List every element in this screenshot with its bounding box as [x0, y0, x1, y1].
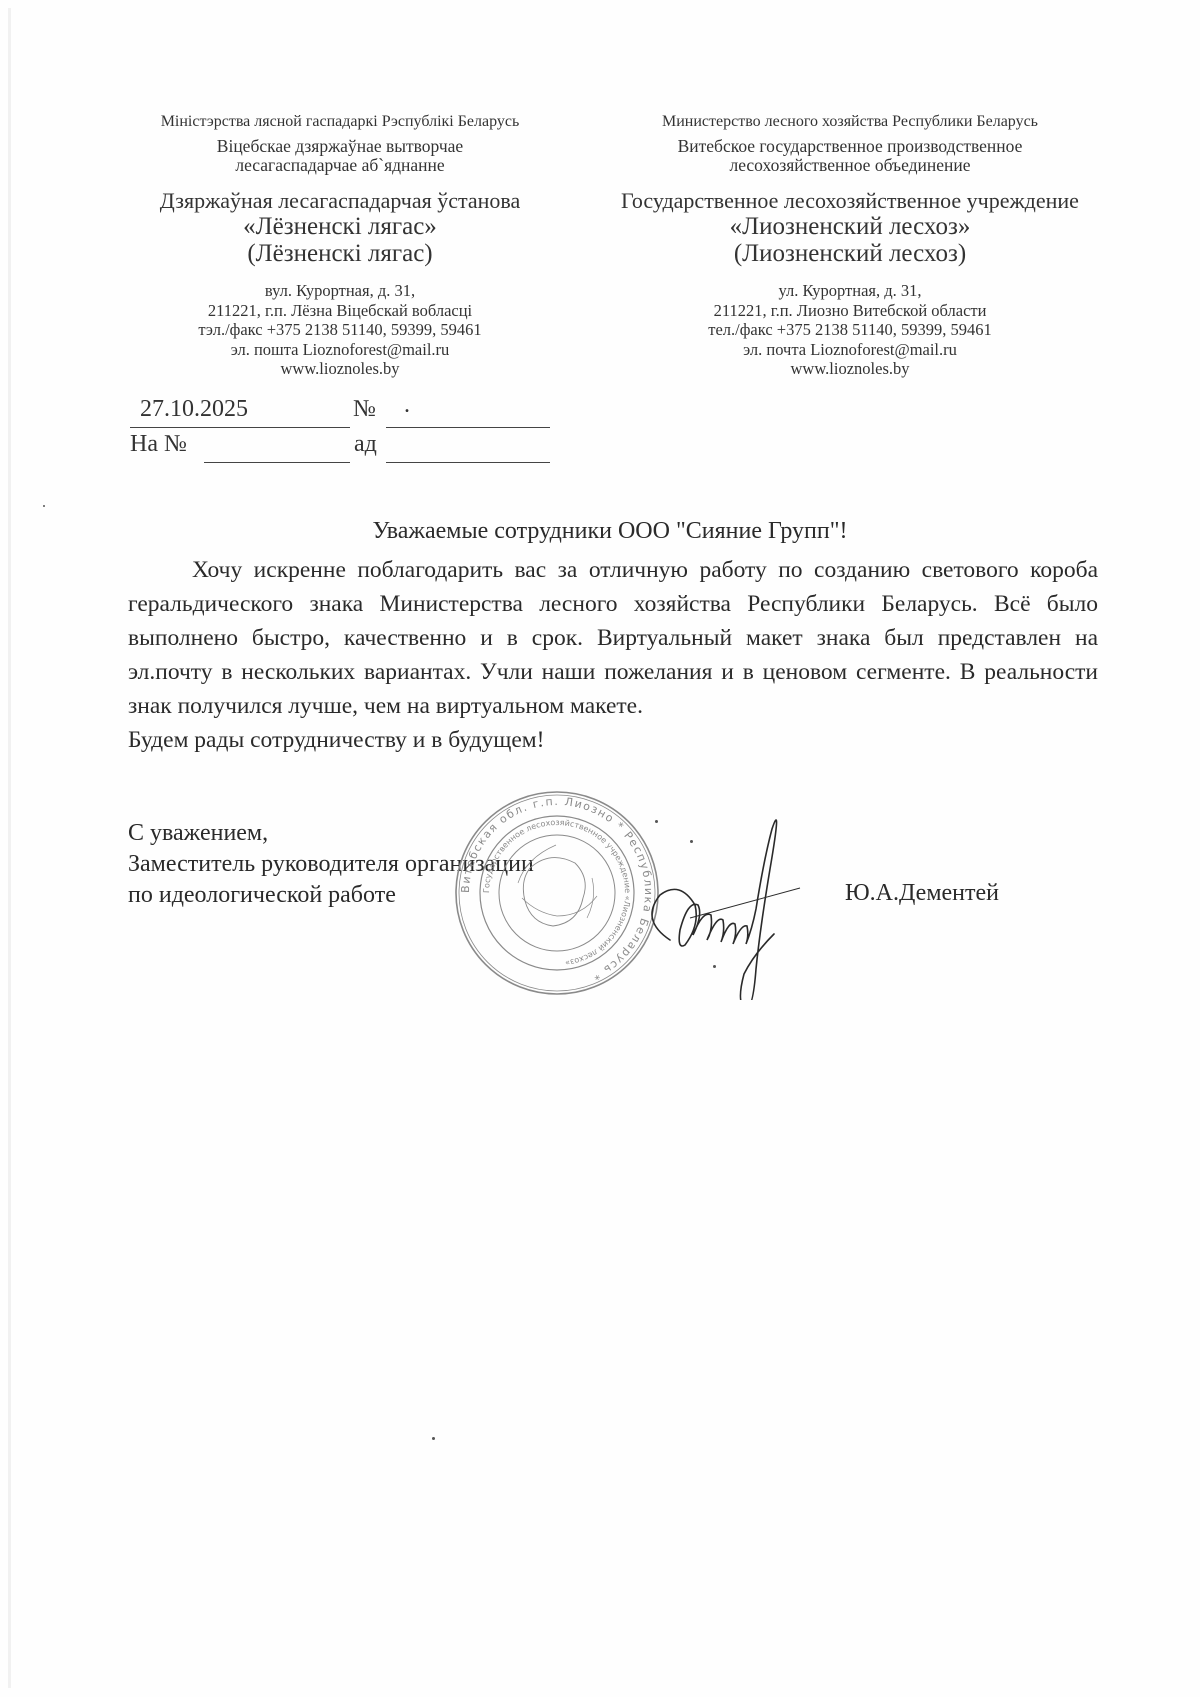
street-ru: ул. Курортная, д. 31, — [778, 281, 921, 300]
body-paragraph-closing: Будем рады сотрудничеству и в будущем! — [128, 723, 1098, 757]
ministry-name-ru: Министерство лесного хозяйства Республик… — [610, 112, 1090, 132]
association-line-1: Віцебскае дзяржаўнае вытворчае — [217, 136, 463, 156]
institution-type-be: Дзяржаўная лесагаспадарчая ўстанова — [120, 189, 560, 213]
city-be: 211221, г.п. Лёзна Віцебскай вобласці — [208, 301, 472, 320]
body-paragraph: Хочу искренне поблагодарить вас за отлич… — [128, 553, 1098, 723]
email-ru: эл. почта Lioznoforest@mail.ru — [743, 340, 957, 359]
number-underline — [386, 427, 550, 428]
address-block-ru: ул. Курортная, д. 31, 211221, г.п. Лиозн… — [610, 281, 1090, 379]
association-ru: Витебское государственное производственн… — [610, 137, 1090, 175]
phone-be: тэл./факс +375 2138 51140, 59399, 59461 — [198, 320, 481, 339]
date-underline — [130, 427, 350, 428]
number-label: № — [353, 396, 376, 423]
scan-speck — [655, 820, 658, 823]
letterhead-left: Міністэрства лясной гаспадаркі Рэспублік… — [120, 112, 560, 379]
letter-body: Хочу искренне поблагодарить вас за отлич… — [128, 553, 1098, 757]
ministry-name-be: Міністэрства лясной гаспадаркі Рэспублік… — [120, 112, 560, 132]
svg-text:Государственное лесохозяйствен: Государственное лесохозяйственное учрежд… — [482, 818, 632, 968]
letter-date: 27.10.2025 — [140, 396, 248, 423]
reply-from-label: ад — [354, 431, 377, 458]
reply-number-underline — [204, 462, 350, 463]
scan-edge — [8, 8, 11, 1688]
reply-from-underline — [386, 462, 550, 463]
number-value: . — [404, 392, 410, 419]
website-be: www.lioznoles.by — [281, 359, 400, 378]
address-block-be: вул. Курортная, д. 31, 211221, г.п. Лёзн… — [120, 281, 560, 379]
association-line-2: лесагаспадарчае аб`яднанне — [235, 155, 444, 175]
website-ru: www.lioznoles.by — [791, 359, 910, 378]
phone-ru: тел./факс +375 2138 51140, 59399, 59461 — [708, 320, 992, 339]
greeting: Уважаемые сотрудники ООО "Сияние Групп"! — [120, 518, 1100, 545]
scan-speck — [432, 1437, 435, 1440]
institution-name-be: «Лёзненскі лягас» — [120, 213, 560, 240]
institution-type-ru: Государственное лесохозяйственное учрежд… — [610, 189, 1090, 213]
institution-short-name-be: (Лёзненскі лягас) — [120, 240, 560, 267]
scan-speck — [713, 965, 716, 968]
association-line-1: Витебское государственное производственн… — [678, 136, 1023, 156]
street-be: вул. Курортная, д. 31, — [265, 281, 415, 300]
signature-icon — [630, 800, 810, 1000]
reply-number-label: На № — [130, 431, 187, 458]
email-be: эл. пошта Lioznoforest@mail.ru — [231, 340, 450, 359]
letter-page: Міністэрства лясной гаспадаркі Рэспублік… — [0, 0, 1200, 1697]
association-line-2: лесохозяйственное объединение — [729, 155, 970, 175]
institution-name-ru: «Лиозненский лесхоз» — [610, 213, 1090, 240]
institution-short-name-ru: (Лиозненский лесхоз) — [610, 240, 1090, 267]
letterhead-right: Министерство лесного хозяйства Республик… — [610, 112, 1090, 379]
city-ru: 211221, г.п. Лиозно Витебской области — [714, 301, 987, 320]
signer-name: Ю.А.Дементей — [845, 880, 999, 907]
scan-speck — [43, 505, 45, 507]
scan-speck — [690, 840, 693, 843]
association-be: Віцебскае дзяржаўнае вытворчае лесагаспа… — [120, 137, 560, 175]
